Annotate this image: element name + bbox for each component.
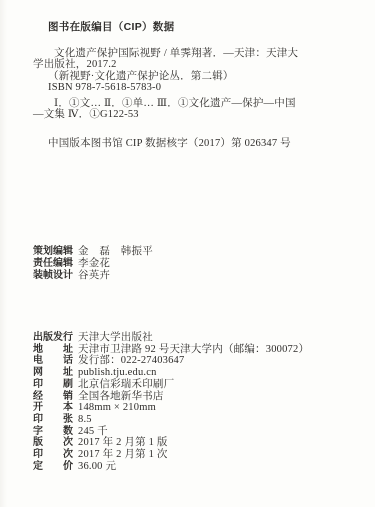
colophon-row-printing: 印次2017 年 2 月第 1 次 xyxy=(33,449,361,461)
cip-class-line-1: Ⅰ．①文… Ⅱ．①单… Ⅲ．①文化遗产—保护—中国 xyxy=(33,98,361,110)
cip-class-line-2: —文集 Ⅳ．①G122-53 xyxy=(33,109,361,121)
cip-title-block: 文化遗产保护国际视野 / 单霁翔著．—天津：天津大 学出版社，2017.2 （新… xyxy=(33,48,361,94)
colophon-value: 36.00 元 xyxy=(78,461,116,472)
editor-value: 李金花 xyxy=(78,258,110,269)
colophon-label: 字数 xyxy=(33,426,73,438)
colophon-row-format: 开本148mm × 210mm xyxy=(33,402,361,414)
cip-data-section: 图书在版编目（CIP）数据 文化遗产保护国际视野 / 单霁翔著．—天津：天津大 … xyxy=(33,22,361,149)
colophon-row-publisher: 出版发行天津大学出版社 xyxy=(33,332,361,344)
colophon-row-price: 定价36.00 元 xyxy=(33,461,361,473)
colophon-value: 2017 年 2 月第 1 次 xyxy=(78,449,168,460)
colophon-label: 出版发行 xyxy=(33,332,73,344)
colophon-value: 148mm × 210mm xyxy=(78,402,156,413)
colophon-value: publish.tju.edu.cn xyxy=(78,367,157,378)
editor-label: 策划编辑 xyxy=(33,246,73,258)
cip-series-line: （新视野·文化遗产保护论丛．第二辑） xyxy=(33,71,361,83)
colophon-row-sheets: 印张8.5 xyxy=(33,414,361,426)
colophon-value: 天津大学出版社 xyxy=(78,332,153,343)
colophon-label: 印张 xyxy=(33,414,73,426)
colophon-value: 2017 年 2 月第 1 版 xyxy=(78,437,168,448)
editor-row-planning: 策划编辑金 磊 韩振平 xyxy=(33,246,361,258)
cip-title-line-2: 学出版社，2017.2 xyxy=(33,59,361,71)
cip-header: 图书在版编目（CIP）数据 xyxy=(33,22,361,34)
colophon-label: 经销 xyxy=(33,391,73,403)
colophon-label: 电话 xyxy=(33,355,73,367)
colophon-row-phone: 电话发行部：022-27403647 xyxy=(33,355,361,367)
colophon-row-distributor: 经销全国各地新华书店 xyxy=(33,391,361,403)
colophon-label: 印刷 xyxy=(33,379,73,391)
colophon-label: 地址 xyxy=(33,344,73,356)
colophon-value: 全国各地新华书店 xyxy=(78,391,164,402)
colophon-value: 245 千 xyxy=(78,426,108,437)
editor-row-design: 装帧设计谷英卉 xyxy=(33,270,361,282)
editors-section: 策划编辑金 磊 韩振平 责任编辑李金花 装帧设计谷英卉 xyxy=(33,246,361,282)
colophon-value: 北京信彩瑞禾印刷厂 xyxy=(78,379,174,390)
colophon-row-website: 网址publish.tju.edu.cn xyxy=(33,367,361,379)
colophon-row-edition: 版次2017 年 2 月第 1 版 xyxy=(33,437,361,449)
editor-label: 装帧设计 xyxy=(33,270,73,282)
colophon-label: 印次 xyxy=(33,449,73,461)
colophon-value: 8.5 xyxy=(78,414,92,425)
colophon-row-printer: 印刷北京信彩瑞禾印刷厂 xyxy=(33,379,361,391)
colophon-label: 版次 xyxy=(33,437,73,449)
editor-value: 金 磊 韩振平 xyxy=(78,246,153,257)
book-copyright-page: 图书在版编目（CIP）数据 文化遗产保护国际视野 / 单霁翔著．—天津：天津大 … xyxy=(0,0,375,507)
colophon-row-wordcount: 字数245 千 xyxy=(33,426,361,438)
editor-value: 谷英卉 xyxy=(78,270,110,281)
colophon-row-address: 地址天津市卫津路 92 号天津大学内（邮编：300072） xyxy=(33,344,361,356)
cip-title-line-1: 文化遗产保护国际视野 / 单霁翔著．—天津：天津大 xyxy=(33,48,361,60)
colophon-section: 出版发行天津大学出版社 地址天津市卫津路 92 号天津大学内（邮编：300072… xyxy=(33,332,361,472)
colophon-label: 网址 xyxy=(33,367,73,379)
cip-classification-block: Ⅰ．①文… Ⅱ．①单… Ⅲ．①文化遗产—保护—中国 —文集 Ⅳ．①G122-53 xyxy=(33,98,361,121)
cip-isbn-line: ISBN 978-7-5618-5783-0 xyxy=(33,82,361,94)
colophon-value: 发行部：022-27403647 xyxy=(78,355,184,366)
colophon-value: 天津市卫津路 92 号天津大学内（邮编：300072） xyxy=(78,344,309,355)
editor-row-responsible: 责任编辑李金花 xyxy=(33,258,361,270)
colophon-label: 开本 xyxy=(33,402,73,414)
editor-label: 责任编辑 xyxy=(33,258,73,270)
colophon-label: 定价 xyxy=(33,461,73,473)
cip-record-line: 中国版本图书馆 CIP 数据核字（2017）第 026347 号 xyxy=(33,138,361,150)
